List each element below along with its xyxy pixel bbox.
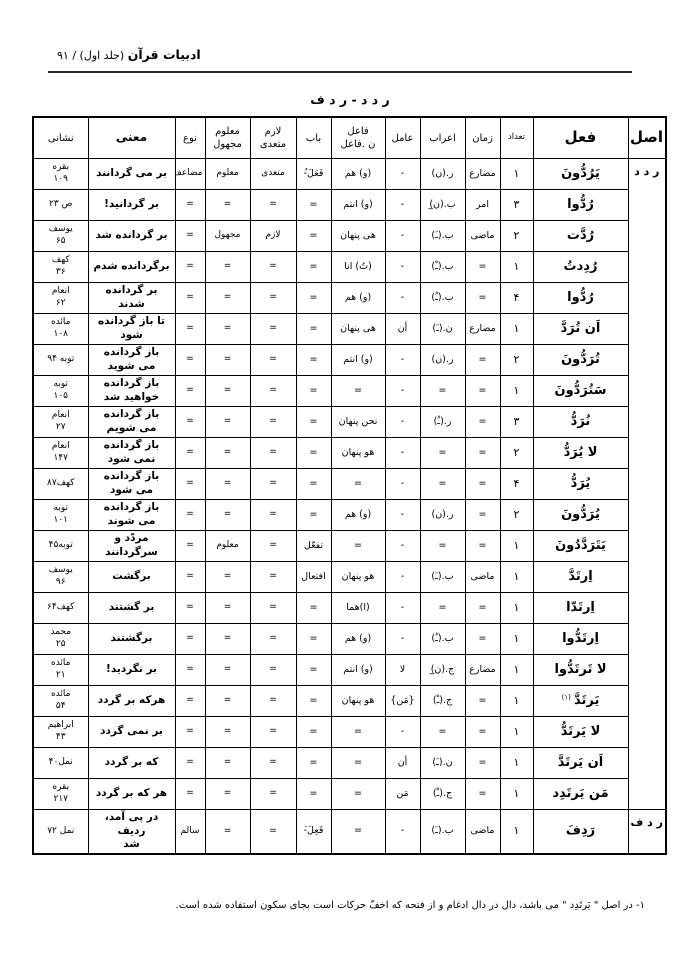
verb-cell: اَن تُرَدَّ bbox=[533, 314, 628, 345]
tense-cell: = bbox=[465, 624, 500, 655]
book-title: ادبیات قرآن bbox=[128, 47, 201, 62]
fael-cell: = bbox=[331, 376, 385, 407]
majhul-cell: مجهول bbox=[205, 221, 250, 252]
verb-text: رُدُّوا bbox=[567, 197, 594, 212]
mani-cell: بر می گردانند bbox=[88, 159, 175, 190]
table-row: یَرتَدَّ (۱) ۱ = ج.(ـْ) {مَن} هو پنهان =… bbox=[33, 686, 666, 717]
tense-cell: = bbox=[465, 469, 500, 500]
amel-cell: - bbox=[385, 717, 420, 748]
lazem-cell: = bbox=[250, 345, 296, 376]
majhul-cell: = bbox=[205, 655, 250, 686]
amel-cell: أن bbox=[385, 314, 420, 345]
fael-cell: هو پنهان bbox=[331, 438, 385, 469]
verb-footnote-marker: (۱) bbox=[562, 693, 571, 701]
table-row: اَن تُرَدَّ ۱ مضارع ن.(ـَ) أن هی پنهان =… bbox=[33, 314, 666, 345]
amel-cell: أن bbox=[385, 748, 420, 779]
noe-cell: = bbox=[175, 438, 205, 469]
bab-cell: = bbox=[296, 748, 331, 779]
count-cell: ۱ bbox=[500, 562, 533, 593]
bab-cell: = bbox=[296, 407, 331, 438]
tense-cell: = bbox=[465, 748, 500, 779]
table-row: لا یُرَدُّ ۲ = = - هو پنهان = = = = باز … bbox=[33, 438, 666, 469]
table-row: یُرَدُّونَ ۲ = ر.(ن) - (و) هم = = = = با… bbox=[33, 500, 666, 531]
verb-cell: اِرتَدُّوا bbox=[533, 624, 628, 655]
tense-cell: ماضی bbox=[465, 810, 500, 854]
col-asl: اصل bbox=[628, 117, 666, 159]
table-row: رُدُّوا ۳ امر ب.(ن̲) - (و) انتم = = = = … bbox=[33, 190, 666, 221]
volume-label: (جلد اول) bbox=[80, 49, 125, 62]
col-fael: فاعل ن .فاعل bbox=[331, 117, 385, 159]
table-row: اَن یَرتَدَّ ۱ = ن.(ـَ) أن = = = = = که … bbox=[33, 748, 666, 779]
majhul-cell: = bbox=[205, 469, 250, 500]
mani-cell: باز گردانده می شویم bbox=[88, 407, 175, 438]
count-cell: ۱ bbox=[500, 624, 533, 655]
conjugation-table: اصل فعل تعداد زمان اعراب عامل فاعل ن .فا… bbox=[32, 116, 667, 855]
bab-cell: فَعَلَ-ُ bbox=[296, 159, 331, 190]
verb-text: لا تَرتَدُّوا bbox=[554, 662, 606, 677]
tense-cell: = bbox=[465, 252, 500, 283]
footnote: ۱- در اصل " یَرتَدِد " می باشد، دال در د… bbox=[95, 899, 645, 913]
verb-text: رُدَّت bbox=[567, 228, 594, 243]
bab-cell: = bbox=[296, 221, 331, 252]
bab-cell: = bbox=[296, 717, 331, 748]
bab-cell: تفعّل bbox=[296, 531, 331, 562]
mani-cell: بر گردانده شد bbox=[88, 221, 175, 252]
col-fel: فعل bbox=[533, 117, 628, 159]
neshani-cell: مائده ۵۴ bbox=[33, 686, 88, 717]
majhul-cell: = bbox=[205, 686, 250, 717]
verb-text: تُرَدُّونَ bbox=[561, 352, 600, 367]
irab-cell: ب.(ـَ) bbox=[420, 221, 465, 252]
count-cell: ۱ bbox=[500, 717, 533, 748]
majhul-cell: = bbox=[205, 779, 250, 810]
lazem-cell: = bbox=[250, 314, 296, 345]
mani-cell: باز گردانده می شود bbox=[88, 469, 175, 500]
lazem-cell: = bbox=[250, 686, 296, 717]
irab-cell: = bbox=[420, 469, 465, 500]
fael-cell: هی پنهان bbox=[331, 314, 385, 345]
col-mani: معنی bbox=[88, 117, 175, 159]
col-tedad: تعداد bbox=[500, 117, 533, 159]
irab-cell: = bbox=[420, 593, 465, 624]
mani-cell: برگشتند bbox=[88, 624, 175, 655]
neshani-cell: نمل۴۰ bbox=[33, 748, 88, 779]
lazem-cell: = bbox=[250, 562, 296, 593]
verb-cell: رُدُّوا bbox=[533, 190, 628, 221]
noe-cell: = bbox=[175, 283, 205, 314]
table-row: رُدَّت ۲ ماضی ب.(ـَ) - هی پنهان = لازم م… bbox=[33, 221, 666, 252]
verb-text: یُرَدُّ bbox=[571, 476, 591, 491]
header-rule bbox=[48, 71, 632, 73]
bab-cell: = bbox=[296, 438, 331, 469]
noe-cell: = bbox=[175, 252, 205, 283]
tense-cell: = bbox=[465, 438, 500, 469]
verb-cell: یَتَرَدَّدُونَ bbox=[533, 531, 628, 562]
fael-cell: (تُ) انا bbox=[331, 252, 385, 283]
neshani-cell: محمد ۲۵ bbox=[33, 624, 88, 655]
count-cell: ۱ bbox=[500, 655, 533, 686]
amel-cell: - bbox=[385, 283, 420, 314]
verb-cell: لا یَرتَدُّ bbox=[533, 717, 628, 748]
bab-cell: = bbox=[296, 314, 331, 345]
table-row: تُرَدُّونَ ۲ = ر.(ن) - (و) انتم = = = = … bbox=[33, 345, 666, 376]
col-amel: عامل bbox=[385, 117, 420, 159]
amel-cell: - bbox=[385, 500, 420, 531]
mani-cell: باز گردانده خواهید شد bbox=[88, 376, 175, 407]
count-cell: ۱ bbox=[500, 531, 533, 562]
fael-cell: (و) هم bbox=[331, 500, 385, 531]
verb-cell: اَن یَرتَدَّ bbox=[533, 748, 628, 779]
amel-cell: - bbox=[385, 593, 420, 624]
count-cell: ۲ bbox=[500, 438, 533, 469]
noe-cell: سالم bbox=[175, 810, 205, 854]
lazem-cell: = bbox=[250, 779, 296, 810]
verb-cell: یَرُدُّونَ bbox=[533, 159, 628, 190]
mani-cell: باز گردانده نمی شود bbox=[88, 438, 175, 469]
irab-cell: ن.(ـَ) bbox=[420, 314, 465, 345]
noe-cell: = bbox=[175, 562, 205, 593]
count-cell: ۱ bbox=[500, 748, 533, 779]
table-row: لا یَرتَدُّ ۱ = = - = = = = = بر نمی گرد… bbox=[33, 717, 666, 748]
fael-cell: هو پنهان bbox=[331, 562, 385, 593]
amel-cell: - bbox=[385, 159, 420, 190]
mani-cell: بر گردانید! bbox=[88, 190, 175, 221]
amel-cell: - bbox=[385, 252, 420, 283]
irab-cell: ج.(ـْ) bbox=[420, 779, 465, 810]
neshani-cell: کهف۶۴ bbox=[33, 593, 88, 624]
irab-cell: ب.(ن̲) bbox=[420, 190, 465, 221]
noe-cell: = bbox=[175, 531, 205, 562]
noe-cell: = bbox=[175, 221, 205, 252]
verb-cell: یُرَدُّ bbox=[533, 469, 628, 500]
fael-cell: = bbox=[331, 748, 385, 779]
root-cell: ر د د bbox=[628, 159, 666, 810]
col-maloom-majhool: معلوم مجهول bbox=[205, 117, 250, 159]
table-title: ر د د - ر د ف bbox=[0, 92, 700, 107]
count-cell: ۳ bbox=[500, 190, 533, 221]
noe-cell: = bbox=[175, 190, 205, 221]
count-cell: ۱ bbox=[500, 593, 533, 624]
irab-cell: ب.(ـُ) bbox=[420, 283, 465, 314]
amel-cell: - bbox=[385, 624, 420, 655]
col-noe: نوع bbox=[175, 117, 205, 159]
table-row: ر د فرَدِفَ ۱ ماضی ب.(ـَ) - = فَعِلَ-َ =… bbox=[33, 810, 666, 854]
count-cell: ۱ bbox=[500, 686, 533, 717]
count-cell: ۲ bbox=[500, 345, 533, 376]
mani-cell: باز گردانده می شوید bbox=[88, 345, 175, 376]
fael-cell: (ا)هما bbox=[331, 593, 385, 624]
neshani-cell: انعام ۲۷ bbox=[33, 407, 88, 438]
verb-cell: رُدَّت bbox=[533, 221, 628, 252]
majhul-cell: = bbox=[205, 283, 250, 314]
irab-cell: = bbox=[420, 376, 465, 407]
lazem-cell: = bbox=[250, 438, 296, 469]
col-zaman: زمان bbox=[465, 117, 500, 159]
majhul-cell: = bbox=[205, 376, 250, 407]
fael-cell: هو پنهان bbox=[331, 686, 385, 717]
majhul-cell: = bbox=[205, 810, 250, 854]
table-row: اِرتَدَّ ۱ ماضی ب.(ـَ) - هو پنهان افتعال… bbox=[33, 562, 666, 593]
amel-cell: - bbox=[385, 531, 420, 562]
majhul-cell: = bbox=[205, 252, 250, 283]
bab-cell: = bbox=[296, 252, 331, 283]
noe-cell: = bbox=[175, 593, 205, 624]
table-row: نُرَدُّ ۳ = ر.(ـُ) - نحن پنهان = = = = ب… bbox=[33, 407, 666, 438]
mani-cell: باز گردانده می شوند bbox=[88, 500, 175, 531]
majhul-cell: = bbox=[205, 314, 250, 345]
table-row: سَتُرَدُّونَ ۱ = = - = = = = = باز گردان… bbox=[33, 376, 666, 407]
fael-cell: (و) هم bbox=[331, 283, 385, 314]
amel-cell: لا bbox=[385, 655, 420, 686]
mani-cell: برگشت bbox=[88, 562, 175, 593]
amel-cell: - bbox=[385, 810, 420, 854]
fael-cell: = bbox=[331, 531, 385, 562]
irab-cell: = bbox=[420, 531, 465, 562]
tense-cell: مضارع bbox=[465, 159, 500, 190]
count-cell: ۴ bbox=[500, 283, 533, 314]
verb-text: اَن یَرتَدَّ bbox=[558, 755, 603, 770]
table-row: رُدُّوا ۴ = ب.(ـُ) - (و) هم = = = = بر گ… bbox=[33, 283, 666, 314]
table-row: لا تَرتَدُّوا ۱ مضارع ج.(ن̲) لا (و) انتم… bbox=[33, 655, 666, 686]
count-cell: ۱ bbox=[500, 376, 533, 407]
irab-cell: ب.(ـْ) bbox=[420, 252, 465, 283]
bab-cell: = bbox=[296, 345, 331, 376]
mani-cell: هر که بر گردد bbox=[88, 779, 175, 810]
count-cell: ۱ bbox=[500, 779, 533, 810]
verb-cell: نُرَدُّ bbox=[533, 407, 628, 438]
fael-cell: (و) انتم bbox=[331, 190, 385, 221]
verb-cell: یُرَدُّونَ bbox=[533, 500, 628, 531]
verb-cell: مَن یَرتَدِد bbox=[533, 779, 628, 810]
neshani-cell: بقره ۲۱۷ bbox=[33, 779, 88, 810]
irab-cell: ب.(ـُ) bbox=[420, 624, 465, 655]
verb-cell: رَدِفَ bbox=[533, 810, 628, 854]
count-cell: ۳ bbox=[500, 407, 533, 438]
lazem-cell: = bbox=[250, 748, 296, 779]
irab-cell: ب.(ـَ) bbox=[420, 810, 465, 854]
bab-cell: = bbox=[296, 655, 331, 686]
neshani-cell: مائده ۲۱ bbox=[33, 655, 88, 686]
amel-cell: - bbox=[385, 469, 420, 500]
irab-cell: ب.(ـَ) bbox=[420, 562, 465, 593]
fael-cell: (و) هم bbox=[331, 624, 385, 655]
tense-cell: = bbox=[465, 500, 500, 531]
tense-cell: = bbox=[465, 376, 500, 407]
amel-cell: - bbox=[385, 407, 420, 438]
majhul-cell: = bbox=[205, 593, 250, 624]
fael-cell: = bbox=[331, 810, 385, 854]
bab-cell: = bbox=[296, 593, 331, 624]
neshani-cell: انعام ۱۴۷ bbox=[33, 438, 88, 469]
majhul-cell: = bbox=[205, 438, 250, 469]
table-row: رُدِدتُ ۱ = ب.(ـْ) - (تُ) انا = = = = بر… bbox=[33, 252, 666, 283]
mani-cell: برگردانده شدم bbox=[88, 252, 175, 283]
amel-cell: - bbox=[385, 190, 420, 221]
irab-cell: ر.(ن) bbox=[420, 500, 465, 531]
lazem-cell: = bbox=[250, 624, 296, 655]
count-cell: ۲ bbox=[500, 500, 533, 531]
lazem-cell: = bbox=[250, 469, 296, 500]
verb-text: یُرَدُّونَ bbox=[561, 507, 600, 522]
verb-cell: تُرَدُّونَ bbox=[533, 345, 628, 376]
neshani-cell: کهف۸۷ bbox=[33, 469, 88, 500]
fael-cell: = bbox=[331, 717, 385, 748]
verb-text: اِرتَدُّوا bbox=[562, 631, 599, 646]
tense-cell: = bbox=[465, 593, 500, 624]
majhul-cell: = bbox=[205, 407, 250, 438]
noe-cell: = bbox=[175, 314, 205, 345]
tense-cell: = bbox=[465, 779, 500, 810]
majhul-cell: = bbox=[205, 562, 250, 593]
verb-text: لا یُرَدُّ bbox=[564, 445, 598, 460]
irab-cell: ن.(ـَ) bbox=[420, 748, 465, 779]
tense-cell: ماضی bbox=[465, 221, 500, 252]
table-row: اِرتَدّا ۱ = = - (ا)هما = = = = بر گشتند… bbox=[33, 593, 666, 624]
amel-cell: مَن bbox=[385, 779, 420, 810]
irab-cell: ج.(ن̲) bbox=[420, 655, 465, 686]
tense-cell: = bbox=[465, 407, 500, 438]
noe-cell: = bbox=[175, 376, 205, 407]
noe-cell: = bbox=[175, 500, 205, 531]
mani-cell: بر نمی گردد bbox=[88, 717, 175, 748]
neshani-cell: بقره ۱۰۹ bbox=[33, 159, 88, 190]
majhul-cell: معلوم bbox=[205, 531, 250, 562]
bab-cell: = bbox=[296, 190, 331, 221]
lazem-cell: = bbox=[250, 531, 296, 562]
table-row: ر د دیَرُدُّونَ ۱ مضارع ر.(ن) - (و) هم ف… bbox=[33, 159, 666, 190]
verb-text: یَتَرَدَّدُونَ bbox=[555, 538, 606, 553]
noe-cell: = bbox=[175, 469, 205, 500]
verb-cell: اِرتَدَّ bbox=[533, 562, 628, 593]
amel-cell: - bbox=[385, 376, 420, 407]
neshani-cell: توبه ۱۰۵ bbox=[33, 376, 88, 407]
verb-text: سَتُرَدُّونَ bbox=[554, 383, 606, 398]
verb-text: لا یَرتَدُّ bbox=[561, 724, 601, 739]
tense-cell: مضارع bbox=[465, 314, 500, 345]
amel-cell: - bbox=[385, 438, 420, 469]
count-cell: ۱ bbox=[500, 159, 533, 190]
irab-cell: ر.(ن) bbox=[420, 345, 465, 376]
mani-cell: بر گردانده شدند bbox=[88, 283, 175, 314]
neshani-cell: ابراهیم ۴۳ bbox=[33, 717, 88, 748]
irab-cell: = bbox=[420, 717, 465, 748]
majhul-cell: = bbox=[205, 500, 250, 531]
col-lazem-motaaddi: لازم متعدی bbox=[250, 117, 296, 159]
noe-cell: مضاعف bbox=[175, 159, 205, 190]
verb-cell: لا یُرَدُّ bbox=[533, 438, 628, 469]
tense-cell: مضارع bbox=[465, 655, 500, 686]
count-cell: ۴ bbox=[500, 469, 533, 500]
count-cell: ۱ bbox=[500, 314, 533, 345]
lazem-cell: = bbox=[250, 376, 296, 407]
noe-cell: = bbox=[175, 407, 205, 438]
bab-cell: = bbox=[296, 283, 331, 314]
irab-cell: ج.(ـْ) bbox=[420, 686, 465, 717]
majhul-cell: معلوم bbox=[205, 159, 250, 190]
bab-cell: افتعال bbox=[296, 562, 331, 593]
fael-cell: = bbox=[331, 469, 385, 500]
fael-cell: هی پنهان bbox=[331, 221, 385, 252]
verb-text: رَدِفَ bbox=[566, 823, 595, 838]
verb-text: نُرَدُّ bbox=[571, 414, 591, 429]
neshani-cell: کهف ۳۶ bbox=[33, 252, 88, 283]
col-bab: باب bbox=[296, 117, 331, 159]
lazem-cell: = bbox=[250, 500, 296, 531]
col-erab: اعراب bbox=[420, 117, 465, 159]
table-row: مَن یَرتَدِد ۱ = ج.(ـْ) مَن = = = = = هر… bbox=[33, 779, 666, 810]
neshani-cell: توبه ۹۴ bbox=[33, 345, 88, 376]
majhul-cell: = bbox=[205, 748, 250, 779]
table-row: یُرَدُّ ۴ = = - = = = = = باز گردانده می… bbox=[33, 469, 666, 500]
bab-cell: = bbox=[296, 779, 331, 810]
lazem-cell: = bbox=[250, 717, 296, 748]
irab-cell: ر.(ـُ) bbox=[420, 407, 465, 438]
verb-text: اَن تُرَدَّ bbox=[561, 321, 601, 336]
tense-cell: = bbox=[465, 686, 500, 717]
lazem-cell: = bbox=[250, 655, 296, 686]
verb-text: یَرتَدَّ bbox=[574, 693, 599, 708]
neshani-cell: یوسف ۶۵ bbox=[33, 221, 88, 252]
mani-cell: در پی آمد، ردیف شد bbox=[88, 810, 175, 854]
lazem-cell: = bbox=[250, 593, 296, 624]
tense-cell: امر bbox=[465, 190, 500, 221]
verb-cell: اِرتَدّا bbox=[533, 593, 628, 624]
mani-cell: بر گشتند bbox=[88, 593, 175, 624]
lazem-cell: متعدی bbox=[250, 159, 296, 190]
noe-cell: = bbox=[175, 686, 205, 717]
verb-text: یَرُدُّونَ bbox=[561, 166, 600, 181]
verb-text: رُدُّوا bbox=[567, 290, 594, 305]
count-cell: ۱ bbox=[500, 810, 533, 854]
lazem-cell: = bbox=[250, 810, 296, 854]
noe-cell: = bbox=[175, 624, 205, 655]
tense-cell: ماضی bbox=[465, 562, 500, 593]
noe-cell: = bbox=[175, 779, 205, 810]
tense-cell: = bbox=[465, 283, 500, 314]
tense-cell: = bbox=[465, 345, 500, 376]
fael-cell: = bbox=[331, 779, 385, 810]
bab-cell: فَعِلَ-َ bbox=[296, 810, 331, 854]
bab-cell: = bbox=[296, 376, 331, 407]
neshani-cell: نمل ۷۲ bbox=[33, 810, 88, 854]
lazem-cell: لازم bbox=[250, 221, 296, 252]
page-number: / ۹۱ bbox=[57, 49, 76, 62]
verb-text: اِرتَدَّ bbox=[568, 569, 592, 584]
bab-cell: = bbox=[296, 686, 331, 717]
amel-cell: - bbox=[385, 345, 420, 376]
amel-cell: - bbox=[385, 562, 420, 593]
fael-cell: نحن پنهان bbox=[331, 407, 385, 438]
neshani-cell: توبه ۱۰۱ bbox=[33, 500, 88, 531]
noe-cell: = bbox=[175, 748, 205, 779]
page: ادبیات قرآن (جلد اول) / ۹۱ ر د د - ر د ف… bbox=[0, 0, 700, 966]
majhul-cell: = bbox=[205, 624, 250, 655]
verb-text: اِرتَدّا bbox=[566, 600, 595, 615]
mani-cell: تا باز گردانده شود bbox=[88, 314, 175, 345]
amel-cell: - bbox=[385, 221, 420, 252]
bab-cell: = bbox=[296, 469, 331, 500]
mani-cell: که بر گردد bbox=[88, 748, 175, 779]
verb-cell: سَتُرَدُّونَ bbox=[533, 376, 628, 407]
neshani-cell: یوسف ۹۶ bbox=[33, 562, 88, 593]
lazem-cell: = bbox=[250, 190, 296, 221]
lazem-cell: = bbox=[250, 252, 296, 283]
fael-cell: (و) انتم bbox=[331, 655, 385, 686]
verb-cell: رُدِدتُ bbox=[533, 252, 628, 283]
amel-cell: {مَن} bbox=[385, 686, 420, 717]
tense-cell: = bbox=[465, 531, 500, 562]
majhul-cell: = bbox=[205, 345, 250, 376]
